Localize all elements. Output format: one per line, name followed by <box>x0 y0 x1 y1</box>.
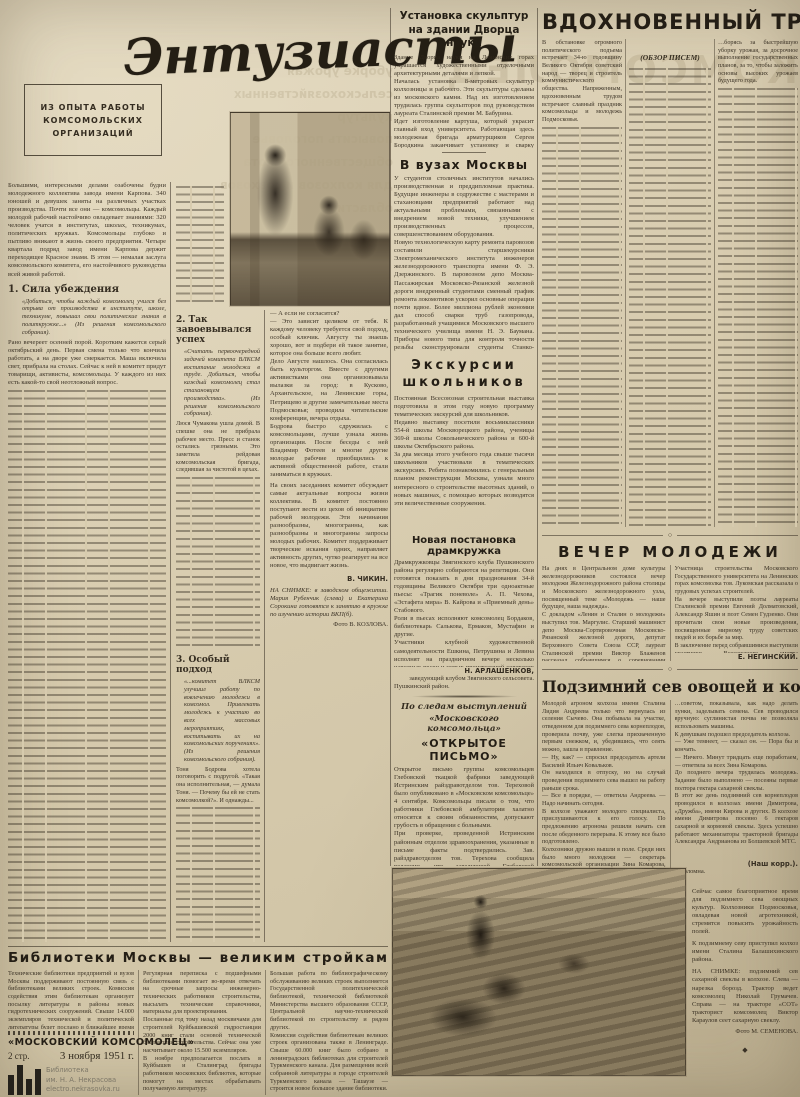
library-watermark-logo <box>8 1065 41 1095</box>
masthead-braid-rule <box>8 1031 134 1035</box>
dialogue-body: — А если не согласится? — Это зависит це… <box>270 310 388 479</box>
sowing-corr-signature: (Наш корр.). <box>675 860 799 868</box>
inspired-col3-text: …борясь за быстрейшую уборку урожая, за … <box>718 39 798 85</box>
excursions-headline-line2: школьников <box>394 374 534 392</box>
sculpture-body: Здание Дворца науки на Ленинских горах у… <box>394 54 534 148</box>
masthead-date: 3 ноября 1951 г. <box>60 1050 134 1062</box>
column-rule-middle-right <box>537 8 538 866</box>
libraries-columns: Технические библиотеки предприятий и вуз… <box>8 970 388 1095</box>
drama-signature-place: Пушкинский район. <box>394 683 534 691</box>
photo-caption-top: НА СНИМКЕ: в заводском общежитии. Мария … <box>270 587 388 619</box>
section-3-body: Тоня Бодрова хотела поговорить с подруго… <box>176 766 260 804</box>
evening-columns: На днях в Центральном доме культуры желе… <box>542 565 798 661</box>
photo-common-room <box>230 112 390 306</box>
inspired-headline: ВДОХНОВЕННЫЙ ТРУД <box>542 10 798 34</box>
evening-col1-text: На днях в Центральном доме культуры желе… <box>542 565 670 661</box>
masthead-page-label: 2 стр. <box>8 1051 30 1061</box>
drama-headline: Новая постановка драмкружка <box>394 535 534 557</box>
sidebar-paragraph-1: Сейчас самое благоприятное время для под… <box>692 888 798 936</box>
section-2-body: Люся Чумакова ушла домой. В спешке она н… <box>176 420 260 474</box>
watermark-line: Библиотека <box>46 1066 120 1076</box>
right-region: ВДОХНОВЕННЫЙ ТРУД В обстановке огромного… <box>542 10 798 876</box>
evening-signature: Е. НЕГИНСКИЙ. <box>675 653 799 661</box>
excursions-body: Постоянная Всесоюзная строительная выста… <box>394 395 534 531</box>
kicker-box: ИЗ ОПЫТА РАБОТЫ КОМСОМОЛЬСКИХ ОРГАНИЗАЦИ… <box>24 84 162 156</box>
sidebar-paragraph-2: К подзимнему севу приступил колхоз имени… <box>692 940 798 964</box>
kicker-line: КОМСОМОЛЬСКИХ <box>25 116 161 125</box>
libraries-section: Библиотеки Москвы — великим стройкам Тех… <box>8 950 388 1095</box>
article-col-1: Большими, интересными делами озабочены б… <box>8 182 166 942</box>
drama-signature-role: заведующий клубом Звягинского сельсовета… <box>394 675 534 683</box>
sowing-col2-text: …советом, показывала, как надо делать лу… <box>675 700 799 860</box>
libraries-col1-text: Технические библиотеки предприятий и вуз… <box>8 970 134 1029</box>
photo-sidebar: Сейчас самое благоприятное время для под… <box>692 888 798 1054</box>
kicker-line: ОРГАНИЗАЦИЙ <box>25 129 161 138</box>
inspired-col1-text: В обстановке огромного политического под… <box>542 39 622 124</box>
followup-kicker: По следам выступлений «Московского комсо… <box>394 702 534 734</box>
photo-credit-top: Фото В. КОЗЛОВА. <box>270 621 388 629</box>
ornament-circle: ○ <box>542 531 798 539</box>
sowing-city: г. Коломна. <box>675 868 799 876</box>
open-letter-body: Открытое письмо группы комсомольцев Глеб… <box>394 766 534 866</box>
vuzy-body: У студентов столичных институтов началис… <box>394 175 534 353</box>
evening-col2-text: Участница строительства Московского Госу… <box>675 565 799 653</box>
sowing-col1-text: Молодой агроном колхоза имени Сталина Ли… <box>542 700 670 876</box>
article-col-3: — А если не согласится? — Это зависит це… <box>270 310 388 942</box>
lens-divider <box>412 695 517 698</box>
greeked-text <box>176 807 260 942</box>
greeked-text <box>176 186 224 302</box>
greeked-text <box>718 88 798 527</box>
drama-signature: Н. АРЛАШЕНКОВ, <box>394 667 534 675</box>
sowing-columns: Молодой агроном колхоза имени Сталина Ли… <box>542 700 798 876</box>
ornament-circle: ○ <box>542 665 798 673</box>
column-rule-left-middle <box>390 8 391 866</box>
section-1-body: Рано вечереет осенней порой. Коротким ка… <box>8 339 166 387</box>
newspaper-page: уборке урожая сельскохозяйственных культ… <box>0 0 800 1097</box>
sculpture-headline-line2: на здании Дворца науки <box>394 24 534 51</box>
section-2-heading: 2. Так завоевывался успех <box>176 315 260 345</box>
library-watermark-text: Библиотека им. Н. А. Некрасова electro.n… <box>46 1066 120 1095</box>
section-3-heading: 3. Особый подход <box>176 655 260 675</box>
author-signature: В. ЧИКИН. <box>270 575 388 583</box>
followup-kicker-line2: «Московского комсомольца» <box>394 714 534 734</box>
section-1-heading: 1. Сила убеждения <box>8 284 166 295</box>
libraries-headline: Библиотеки Москвы — великим стройкам <box>8 950 388 966</box>
libraries-col2-text: Регулярная переписка с подшефными библио… <box>138 970 265 1095</box>
watermark-line: им. Н. А. Некрасова <box>46 1076 120 1086</box>
open-letter-headline: «ОТКРЫТОЕ ПИСЬМО» <box>394 737 534 763</box>
greeked-text <box>176 477 260 647</box>
greeked-text <box>542 127 622 527</box>
greeked-text <box>8 390 166 942</box>
inspired-columns: В обстановке огромного политического под… <box>542 39 798 527</box>
left-col-rule-2 <box>264 310 265 942</box>
excursions-headline: Экскурсии школьников <box>394 357 534 392</box>
ornament-diamond: ◆ <box>692 1046 798 1054</box>
article-col-2: 2. Так завоевывался успех «Считать перво… <box>176 310 260 942</box>
photo-credit-bottom: Фото М. СЕМЕНОВА. <box>692 1028 798 1036</box>
sculpture-headline-line1: Установка скульптур <box>394 10 534 24</box>
photo-field-sowing <box>392 868 686 1076</box>
left-col-rule-1 <box>170 182 171 942</box>
section-3-quote: «...комитет ВЛКСМ улучшил работу по вовл… <box>176 678 260 764</box>
watermark-url: electro.nekrasovka.ru <box>46 1085 120 1095</box>
evening-headline: ВЕЧЕР МОЛОДЕЖИ <box>542 543 798 561</box>
sculpture-headline: Установка скульптур на здании Дворца нау… <box>394 10 534 51</box>
divider <box>442 152 486 153</box>
drama-body: Драмкружковцы Звягинского клуба Пушкинск… <box>394 559 534 667</box>
sowing-headline: Подзимний сев овощей и корнеплодов <box>542 677 798 696</box>
article-intro: Большими, интересными делами озабочены б… <box>8 182 166 279</box>
section-1-quote: «Добиться, чтобы каждый комсомолец училс… <box>8 298 166 337</box>
followup-kicker-line1: По следам выступлений <box>394 702 534 712</box>
vuzy-headline: В вузах Москвы <box>394 157 534 172</box>
photo-caption-bottom: НА СНИМКЕ: подзимний сев сахарной свеклы… <box>692 968 798 1024</box>
section-rule <box>8 946 388 947</box>
middle-column: Установка скульптур на здании Дворца нау… <box>394 10 534 866</box>
libraries-col3-text: Большая работа по библиографическому обс… <box>265 970 388 1095</box>
greeked-text <box>629 68 711 527</box>
masthead-title: «МОСКОВСКИЙ КОМСОМОЛЕЦ» <box>8 1037 134 1048</box>
excursions-headline-line1: Экскурсии <box>394 357 534 375</box>
kicker-line: ИЗ ОПЫТА РАБОТЫ <box>25 103 161 112</box>
section-2-quote: «Считать первоочередной задачей комитета… <box>176 348 260 418</box>
article-ending: На своих заседаниях комитет обсуждает са… <box>270 482 388 571</box>
inspired-subhead: (ОБЗОР ПИСЕМ) <box>629 53 711 62</box>
